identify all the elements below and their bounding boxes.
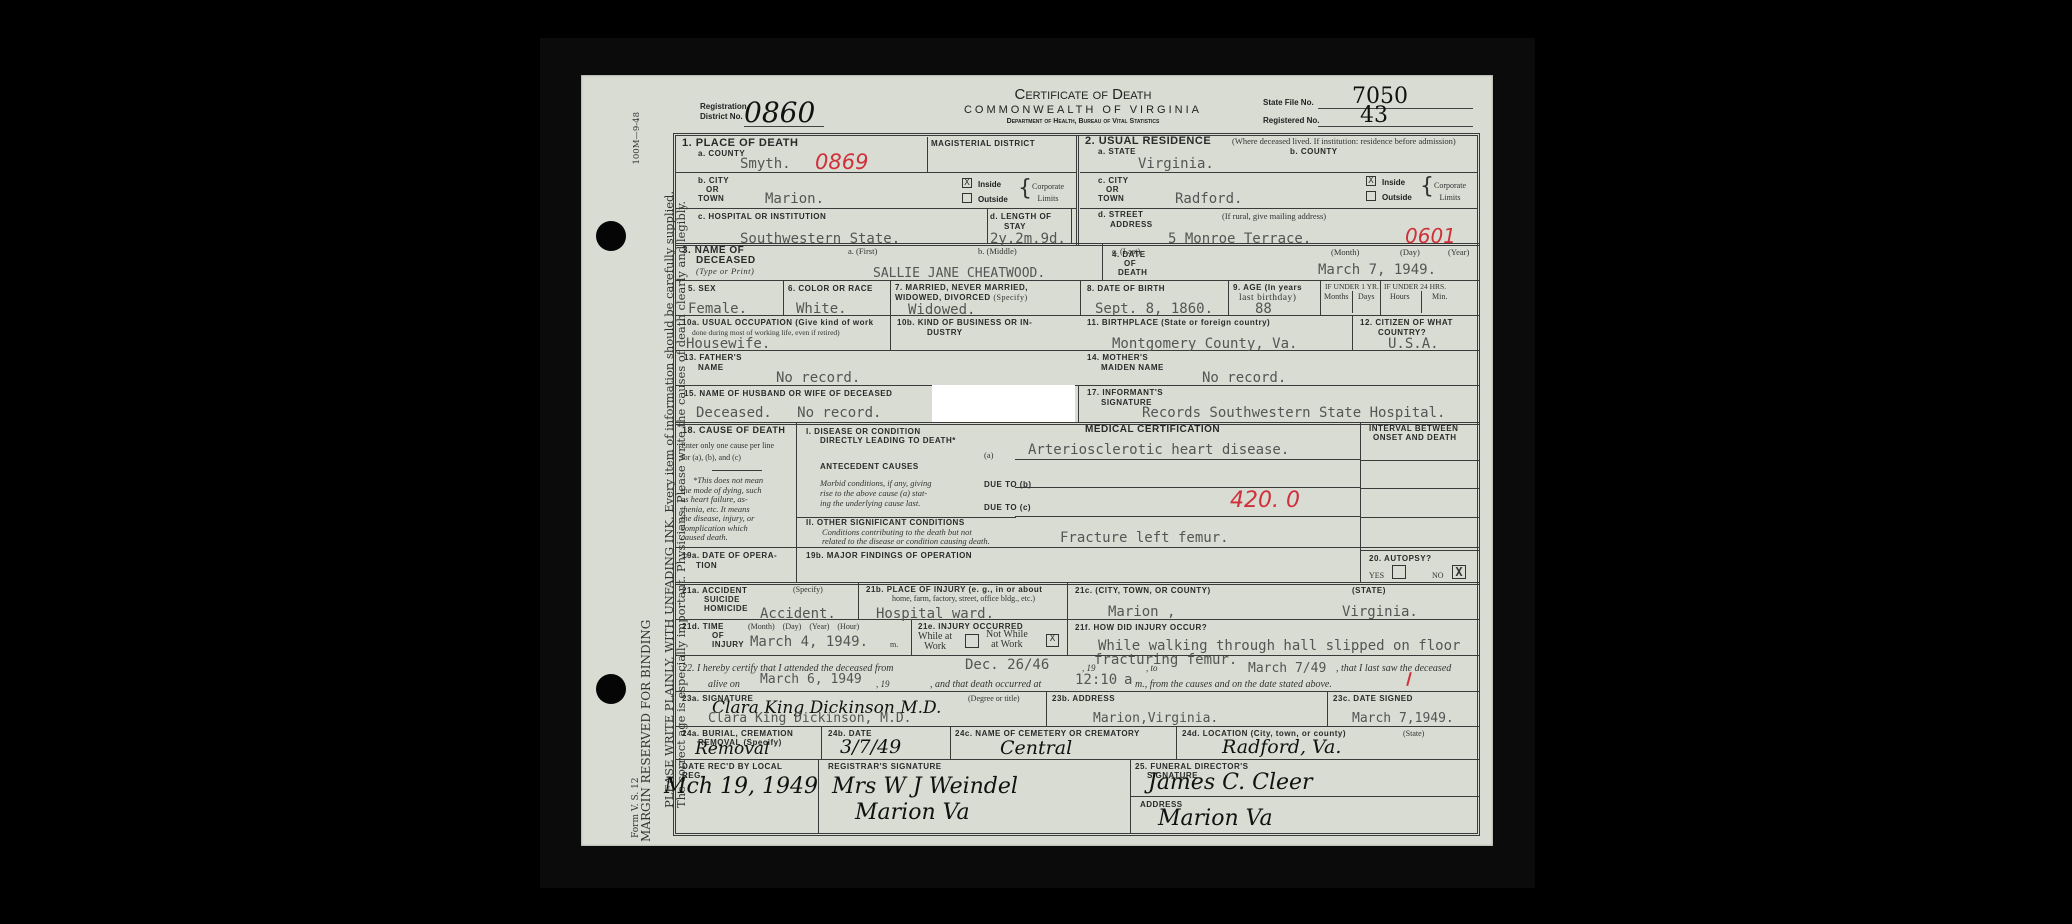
print-run-code: 100M—9-48	[632, 112, 642, 165]
age-value: 88	[1255, 301, 1272, 317]
business-label: 10b. KIND OF BUSINESS OR IN- DUSTRY	[897, 318, 1032, 338]
alive-on-label: alive on	[708, 679, 740, 690]
degree-label: (Degree or title)	[968, 694, 1020, 703]
father-name-value: No record.	[776, 370, 860, 386]
city-or-town-label: b. CITY OR TOWN	[698, 176, 729, 203]
meridiem-label: m.	[890, 640, 898, 649]
brace-icon: {	[1420, 174, 1434, 199]
certification-statement-end: m., from the causes and on the date stat…	[1135, 679, 1332, 690]
father-name-label: 13. FATHER'S NAME	[684, 353, 742, 373]
accident-type-label: 21a. ACCIDENT SUICIDE HOMICIDE	[682, 586, 748, 613]
medical-certification-title: MEDICAL CERTIFICATION	[1085, 424, 1220, 435]
attended-to-value: March 7/49	[1248, 661, 1326, 676]
rule	[1102, 243, 1103, 280]
occupation-label: 10a. USUAL OCCUPATION (Give kind of work	[682, 318, 874, 327]
funeral-director-signature: James C. Cleer	[1148, 770, 1313, 795]
county-label: a. COUNTY	[698, 149, 745, 158]
rule	[676, 208, 1076, 209]
marital-status-label: 7. MARRIED, NEVER MARRIED, WIDOWED, DIVO…	[895, 283, 1028, 303]
alive-on-value: March 6, 1949	[760, 672, 862, 687]
rule	[987, 208, 988, 244]
county-code-annotation: 0869	[815, 150, 868, 174]
rule	[1352, 315, 1353, 350]
date-of-birth-value: Sept. 8, 1860.	[1095, 301, 1213, 317]
physician-typed-name: Clara King Dickinson, M.D.	[708, 711, 912, 726]
registrar-signature-label: REGISTRAR'S SIGNATURE	[828, 762, 942, 771]
death-time-meridiem: a	[1124, 672, 1132, 688]
due-to-c-label: DUE TO (c)	[984, 503, 1031, 512]
binder-hole-bottom	[596, 674, 626, 704]
place-of-death-label: 1. PLACE OF DEATH	[682, 137, 798, 149]
rule	[1360, 517, 1480, 518]
residence-city-label: c. CITY OR TOWN	[1098, 176, 1129, 203]
rule	[858, 582, 859, 619]
injury-state-label: (STATE)	[1352, 586, 1386, 595]
middle-name-label: b. (Middle)	[978, 246, 1017, 256]
months-label: Months	[1324, 292, 1348, 301]
informant-value: Records Southwestern State Hospital.	[1142, 405, 1445, 421]
redacted-region	[932, 385, 1075, 422]
rule	[1080, 172, 1478, 173]
while-at-work-label: While at Work	[918, 632, 952, 652]
rule	[676, 350, 1480, 351]
time-of-injury-columns: (Month) (Day) (Year) (Hour)	[748, 622, 859, 631]
birthplace-value: Montgomery County, Va.	[1112, 336, 1297, 352]
marital-status-value: Widowed.	[908, 302, 975, 318]
rule	[1130, 759, 1131, 834]
rule	[821, 726, 822, 759]
rule	[676, 759, 1480, 760]
antecedent-causes-label: ANTECEDENT CAUSES	[820, 462, 919, 471]
cause-instructions: Enter only one cause per line for (a), (…	[681, 440, 774, 464]
month-label: (Month)	[1331, 247, 1359, 257]
citizenship-label: 12. CITIZEN OF WHAT COUNTRY?	[1360, 318, 1453, 338]
operation-date-label: 19a. DATE OF OPERA- TION	[682, 551, 777, 571]
certificate-title: Certificate of Death	[963, 86, 1203, 103]
physician-address-label: 23b. ADDRESS	[1052, 694, 1115, 703]
hospital-value: Southwestern State.	[740, 231, 900, 247]
death-county-value: Smyth.	[740, 156, 791, 172]
rule	[1360, 488, 1480, 489]
rule	[1015, 516, 1360, 517]
rule	[1421, 291, 1422, 313]
rule	[818, 759, 819, 834]
morbid-conditions-note: Morbid conditions, if any, giving rise t…	[820, 478, 931, 508]
street-address-value: 5 Monroe Terrace.	[1168, 231, 1311, 247]
rule	[1327, 691, 1328, 726]
rule	[1076, 135, 1079, 245]
residence-state-label: a. STATE	[1098, 147, 1136, 156]
rule	[1067, 582, 1068, 655]
inside-outside-labels: Inside Outside	[978, 177, 1008, 207]
year-label: (Year)	[1448, 247, 1469, 257]
rule	[1071, 208, 1072, 244]
hours-label: Hours	[1390, 292, 1410, 301]
residence-city-value: Radford.	[1175, 191, 1242, 207]
attended-from-value: Dec. 26/46	[965, 657, 1049, 673]
rule	[796, 422, 797, 583]
death-occurred-at-text: , and that death occurred at	[930, 679, 1041, 690]
not-while-at-work-checkbox[interactable]: X	[1046, 634, 1059, 647]
date-of-birth-label: 8. DATE OF BIRTH	[1087, 284, 1165, 293]
cause-a-value: Arteriosclerotic heart disease.	[1028, 442, 1289, 458]
rule	[1130, 796, 1480, 797]
rule	[1015, 487, 1360, 488]
autopsy-yes-checkbox[interactable]	[1392, 565, 1406, 579]
cause-footnote: *This does not mean the mode of dying, s…	[681, 476, 763, 543]
while-at-work-checkbox[interactable]	[965, 634, 979, 648]
magisterial-district-label: MAGISTERIAL DISTRICT	[931, 139, 1035, 148]
residence-inside-checkbox[interactable]: X	[1366, 176, 1376, 186]
race-value: White.	[796, 301, 847, 317]
day-label: (Day)	[1400, 247, 1420, 257]
other-conditions-note: Conditions contributing to the death but…	[822, 528, 990, 546]
residence-state-value: Virginia.	[1138, 156, 1214, 172]
rule	[676, 280, 1480, 281]
burial-method-value: Removal	[695, 739, 769, 759]
other-conditions-label: II. OTHER SIGNIFICANT CONDITIONS	[806, 518, 965, 527]
occupation-value: Housewife.	[686, 336, 770, 352]
physician-address-value: Marion,Virginia.	[1093, 711, 1218, 726]
interval-label: INTERVAL BETWEEN ONSET AND DEATH	[1369, 424, 1458, 442]
rule	[950, 726, 951, 759]
street-note: (If rural, give mailing address)	[1222, 211, 1326, 221]
operation-findings-label: 19b. MAJOR FINDINGS OF OPERATION	[806, 551, 972, 560]
burial-state-label: (State)	[1403, 729, 1424, 738]
death-time-value: 12:10	[1075, 672, 1117, 688]
rule	[1015, 459, 1360, 460]
to-label: , to	[1146, 663, 1158, 673]
registration-label: Registration District No.	[700, 102, 747, 122]
rule	[1078, 385, 1079, 422]
commonwealth-title: COMMONWEALTH OF VIRGINIA	[918, 104, 1248, 116]
injury-city-value: Marion ,	[1108, 604, 1175, 620]
autopsy-no-label: NO	[1432, 571, 1444, 580]
time-of-injury-value: March 4, 1949.	[750, 634, 868, 650]
mother-name-value: No record.	[1202, 370, 1286, 386]
days-label: Days	[1358, 292, 1374, 301]
rule	[1080, 208, 1478, 209]
inside-limits-checkbox[interactable]: X	[962, 178, 972, 188]
length-of-stay-value: 2y.2m.9d.	[990, 231, 1066, 247]
rule	[1080, 280, 1081, 315]
registered-label: Registered No.	[1263, 116, 1319, 125]
rule	[1360, 550, 1480, 551]
under-1-year-label: IF UNDER 1 YR.	[1325, 282, 1379, 291]
date-signed-value: March 7,1949.	[1352, 711, 1454, 726]
other-conditions-value: Fracture left femur.	[1060, 530, 1229, 546]
street-address-label: d. STREET ADDRESS	[1098, 210, 1153, 230]
last-saw-text: , that I last saw the deceased	[1336, 663, 1451, 674]
rule	[927, 137, 928, 173]
rule	[676, 691, 1480, 692]
how-injury-occurred-line-2: fracturing femur.	[1094, 652, 1237, 668]
time-of-injury-label: 21d. TIME OF INJURY	[682, 622, 744, 649]
rule	[1360, 422, 1361, 583]
rule	[1046, 691, 1047, 726]
residence-corporate-limits-label: Corporate Limits	[1434, 180, 1466, 204]
usual-residence-label: 2. USUAL RESIDENCE	[1085, 135, 1211, 147]
rule	[1352, 291, 1353, 313]
date-received-value: Mch 19, 1949	[664, 774, 818, 799]
usual-residence-note: (Where deceased lived. If institution: r…	[1232, 136, 1456, 146]
rule	[1320, 280, 1321, 315]
rule	[676, 172, 1076, 173]
residence-county-label: b. COUNTY	[1290, 147, 1338, 156]
citizenship-value: U.S.A.	[1388, 336, 1439, 352]
registration-underline	[744, 126, 824, 127]
death-city-value: Marion.	[765, 191, 824, 207]
length-of-stay-label: d. LENGTH OF STAY	[990, 212, 1052, 232]
binder-hole-top	[596, 221, 626, 251]
state-file-label: State File No.	[1263, 98, 1314, 107]
cause-a-label: (a)	[984, 450, 993, 460]
cemetery-value: Central	[1000, 737, 1072, 759]
birthplace-label: 11. BIRTHPLACE (State or foreign country…	[1087, 318, 1270, 327]
burial-location-value: Radford, Va.	[1222, 736, 1341, 758]
date-signed-label: 23c. DATE SIGNED	[1333, 694, 1413, 703]
outside-limits-checkbox[interactable]	[962, 193, 972, 203]
specify-label: (Specify)	[793, 585, 823, 594]
date-of-death-value: March 7, 1949.	[1318, 262, 1436, 278]
nineteen-prefix-2: , 19	[876, 679, 890, 689]
autopsy-yes-label: YES	[1369, 571, 1384, 580]
form-number: Form V. S. 12	[631, 777, 641, 838]
rule	[911, 619, 912, 655]
mother-name-label: 14. MOTHER'S MAIDEN NAME	[1087, 353, 1164, 373]
autopsy-label: 20. AUTOPSY?	[1369, 554, 1431, 563]
disease-condition-label: I. DISEASE OR CONDITION DIRECTLY LEADING…	[806, 427, 956, 445]
date-of-death-label: 4. DATE OF DEATH	[1112, 250, 1147, 277]
residence-outside-checkbox[interactable]	[1366, 191, 1376, 201]
corporate-limits-label: Corporate Limits	[1032, 181, 1064, 205]
rule	[676, 726, 1480, 727]
registrar-place: Marion Va	[855, 800, 970, 825]
rule	[783, 280, 784, 315]
rule	[890, 280, 891, 350]
spouse-name-value: Deceased. No record.	[696, 405, 881, 421]
registration-district-no: 0860	[744, 96, 815, 129]
sex-value: Female.	[688, 301, 747, 317]
sex-label: 5. SEX	[688, 284, 716, 293]
registered-underline	[1318, 126, 1473, 127]
accident-type-value: Accident.	[760, 606, 836, 622]
rule	[676, 655, 1480, 656]
not-while-at-work-label: Not While at Work	[986, 630, 1028, 650]
due-to-b-label: DUE TO (b)	[984, 480, 1032, 489]
registrar-signature: Mrs W J Weindel	[832, 774, 1018, 799]
age-label: 9. AGE (In years last birthday)	[1233, 283, 1302, 303]
first-name-label: a. (First)	[848, 246, 877, 256]
place-of-injury-label: 21b. PLACE OF INJURY (e. g., in or about…	[866, 585, 1042, 603]
under-24-hours-label: IF UNDER 24 HRS.	[1384, 282, 1446, 291]
race-label: 6. COLOR OR RACE	[788, 284, 873, 293]
rule	[712, 470, 762, 471]
how-injury-occurred-label: 21f. HOW DID INJURY OCCUR?	[1075, 623, 1207, 632]
brace-icon: {	[1018, 176, 1032, 201]
name-of-deceased-label: 3. NAME OF DECEASED (Type or Print)	[682, 246, 756, 276]
binding-note: MARGIN RESERVED FOR BINDING	[639, 620, 653, 842]
rule	[1360, 460, 1480, 461]
autopsy-no-checkbox[interactable]: X	[1452, 565, 1466, 579]
deceased-name-value: SALLIE JANE CHEATWOOD.	[873, 266, 1045, 281]
minutes-label: Min.	[1432, 292, 1447, 301]
place-of-injury-value: Hospital ward.	[876, 606, 994, 622]
residence-code-annotation: 0601	[1405, 224, 1456, 248]
spouse-name-label: 15. NAME OF HUSBAND OR WIFE OF DECEASED	[684, 389, 892, 398]
burial-date-value: 3/7/49	[840, 736, 901, 758]
injury-state-value: Virginia.	[1342, 604, 1418, 620]
cause-of-death-label: 18. CAUSE OF DEATH	[682, 425, 785, 435]
department-title: Department of Health, Bureau of Vital St…	[918, 118, 1248, 125]
funeral-address-value: Marion Va	[1158, 806, 1273, 831]
registered-number: 43	[1360, 103, 1388, 128]
rule	[1228, 280, 1229, 315]
injury-city-label: 21c. (CITY, TOWN, OR COUNTY)	[1075, 586, 1211, 595]
rule	[1380, 280, 1381, 315]
hospital-label: c. HOSPITAL OR INSTITUTION	[698, 212, 826, 221]
rule	[1176, 726, 1177, 759]
residence-inside-outside-labels: Inside Outside	[1382, 175, 1412, 205]
icd-code-annotation: 420. 0	[1230, 488, 1300, 513]
state-file-underline	[1318, 108, 1473, 109]
